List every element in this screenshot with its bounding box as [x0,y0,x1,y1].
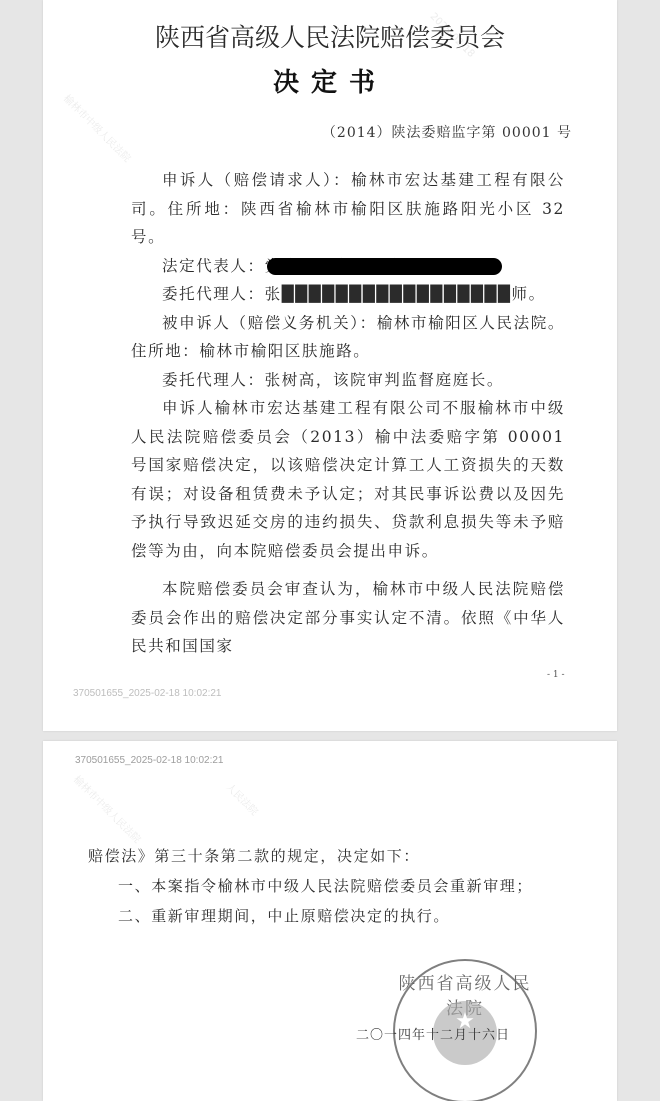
print-stamp-id: 370501655_2025-02-18 10:02:21 [73,688,221,699]
document-number: （2014）陕法委赔监字第 00001 号 [322,122,572,142]
page-number: - 1 - [547,670,565,680]
decision-body: 赔偿法》第三十条第二款的规定，决定如下： 一、本案指令榆林市中级人民法院赔偿委员… [88,841,568,931]
watermark: 榆林市中级人民法院 [61,90,135,164]
decision-date: 二〇一四年十二月十六日 [356,1024,510,1043]
document-title: 决定书 [43,62,617,99]
document-page-1: 榆林市中级人民法院 2025-02-18 陕西省高级人民法院赔偿委员会 决定书 … [43,0,617,731]
paragraph-agent-redacted: 委托代理人：张█████████████████师。 [131,280,565,309]
court-name-heading: 陕西省高级人民法院赔偿委员会 [43,18,617,54]
print-stamp-id: 370501655_2025-02-18 10:02:21 [75,755,223,766]
paragraph-appeal-grounds: 申诉人榆林市宏达基建工程有限公司不服榆林市中级人民法院赔偿委员会（2013）榆中… [131,394,565,565]
watermark: 榆林市中级人民法院 [71,771,145,845]
decision-item-1: 一、本案指令榆林市中级人民法院赔偿委员会重新审理； [88,871,568,901]
paragraph-appellant: 申诉人（赔偿请求人）：榆林市宏达基建工程有限公司。住所地：陕西省榆林市榆阳区肤施… [131,166,565,252]
paragraph-review-finding: 本院赔偿委员会审查认为，榆林市中级人民法院赔偿委员会作出的赔偿决定部分事实认定不… [131,575,565,661]
paragraph-respondent: 被申诉人（赔偿义务机关）：榆林市榆阳区人民法院。住所地：榆林市榆阳区肤施路。 [131,309,565,366]
paragraph-continuation: 赔偿法》第三十条第二款的规定，决定如下： [88,841,568,871]
document-page-2: 榆林市中级人民法院 人民法院 370501655_2025-02-18 10:0… [43,741,617,1101]
decision-item-2: 二、重新审理期间，中止原赔偿决定的执行。 [88,901,568,931]
watermark: 人民法院 [224,779,263,818]
paragraph-respondent-agent: 委托代理人：张树高，该院审判监督庭庭长。 [131,366,565,395]
document-body: 申诉人（赔偿请求人）：榆林市宏达基建工程有限公司。住所地：陕西省榆林市榆阳区肤施… [131,166,565,661]
redaction-bar [267,258,502,275]
